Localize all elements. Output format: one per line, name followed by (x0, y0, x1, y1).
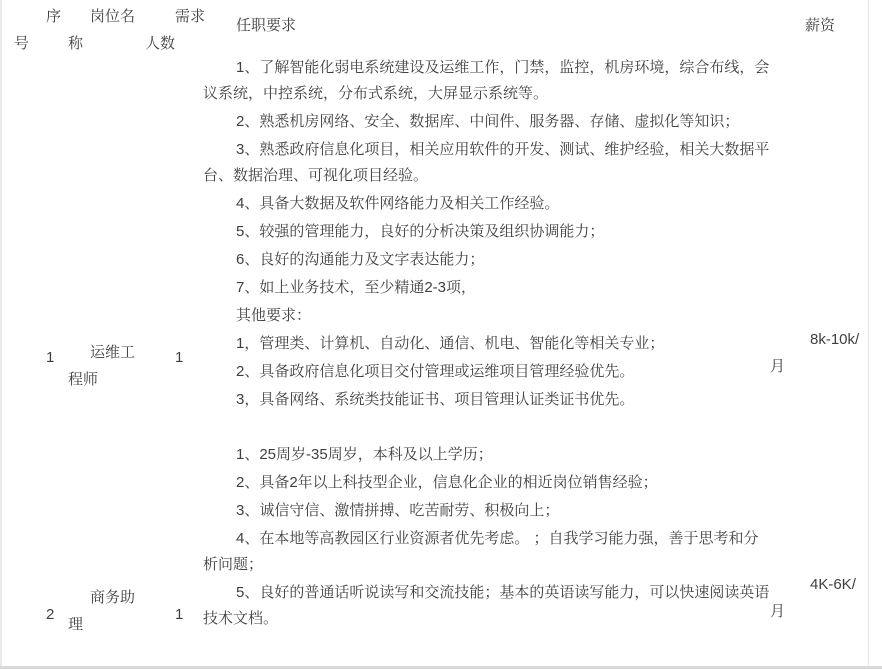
requirement-paragraph: 2、熟悉机房网络、安全、数据库、中间件、服务器、存储、虚拟化等知识； (203, 109, 770, 135)
requirement-paragraph: 6、良好的沟通能力及文字表达能力； (203, 247, 770, 273)
position-row1-line1: 运维工 (90, 339, 138, 366)
requirements-cell-row2: 1、25周岁-35周岁，本科及以上学历；2、具备2年以上科技型企业，信息化企业的… (203, 442, 770, 634)
seq-cell-row2: 2 (14, 602, 74, 628)
requirement-paragraph: 3、诚信守信、激情拼搏、吃苦耐劳、积极向上； (203, 498, 770, 524)
salary-row1-line2: 月 (770, 353, 874, 380)
salary-cell-row1: 8k-10k/ 月 (770, 326, 874, 380)
position-row2-line2: 理 (68, 611, 138, 638)
seq-cell-row1: 1 (14, 345, 74, 371)
header-salary: 薪资 (770, 12, 874, 39)
salary-cell-row2: 4K-6K/ 月 (770, 571, 874, 625)
headcount-cell-row2: 1 (145, 602, 207, 628)
position-row1-line2: 程师 (68, 366, 138, 393)
position-row2-line1: 商务助 (90, 584, 138, 611)
position-cell-row1: 运维工 程师 (68, 339, 138, 393)
salary-row2-line1: 4K-6K/ (810, 571, 874, 598)
header-seq-line2: 号 (14, 30, 74, 57)
requirement-paragraph: 5、良好的普通话听说读写和交流技能；基本的英语读写能力，可以快速阅读英语技术文档… (203, 580, 770, 632)
requirement-paragraph: 1、25周岁-35周岁，本科及以上学历； (203, 442, 770, 468)
header-requirements: 任职要求 (203, 12, 503, 39)
requirement-paragraph: 3，具备网络、系统类技能证书、项目管理认证类证书优先。 (203, 387, 770, 413)
header-position-line1: 岗位名 (90, 3, 138, 30)
requirement-paragraph: 2、具备政府信息化项目交付管理或运维项目管理经验优先。 (203, 359, 770, 385)
requirements-cell-row1: 1、了解智能化弱电系统建设及运维工作，门禁，监控，机房环境，综合布线，会议系统，… (203, 55, 770, 415)
header-headcount-line2: 人数 (145, 30, 207, 57)
requirement-paragraph: 3、熟悉政府信息化项目，相关应用软件的开发、测试、维护经验，相关大数据平台、数据… (203, 137, 770, 189)
position-cell-row2: 商务助 理 (68, 584, 138, 638)
requirement-paragraph: 2、具备2年以上科技型企业，信息化企业的相近岗位销售经验； (203, 470, 770, 496)
requirement-paragraph: 1，管理类、计算机、自动化、通信、机电、智能化等相关专业； (203, 331, 770, 357)
requirement-paragraph: 4、在本地等高教园区行业资源者优先考虑。 ；自我学习能力强，善于思考和分析问题； (203, 526, 770, 578)
left-border-line (0, 0, 2, 669)
salary-row2-line2: 月 (770, 598, 874, 625)
headcount-cell-row1: 1 (145, 345, 207, 371)
requirement-paragraph: 其他要求： (203, 303, 770, 329)
requirement-paragraph: 4、具备大数据及软件网络能力及相关工作经验。 (203, 191, 770, 217)
salary-row1-line1: 8k-10k/ (810, 326, 874, 353)
header-position-line2: 称 (68, 30, 138, 57)
header-position: 岗位名 称 (68, 3, 138, 57)
requirement-paragraph: 1、了解智能化弱电系统建设及运维工作，门禁，监控，机房环境，综合布线，会议系统，… (203, 55, 770, 107)
job-postings-table: 序 号 岗位名 称 需求 人数 任职要求 薪资 1、了解智能化弱电系统建设及运维… (0, 0, 882, 669)
header-seq: 序 号 (14, 3, 74, 57)
requirement-paragraph: 5、较强的管理能力，良好的分析决策及组织协调能力； (203, 219, 770, 245)
header-headcount: 需求 人数 (145, 3, 207, 57)
requirement-paragraph: 7、如上业务技术，至少精通2-3项， (203, 275, 770, 301)
